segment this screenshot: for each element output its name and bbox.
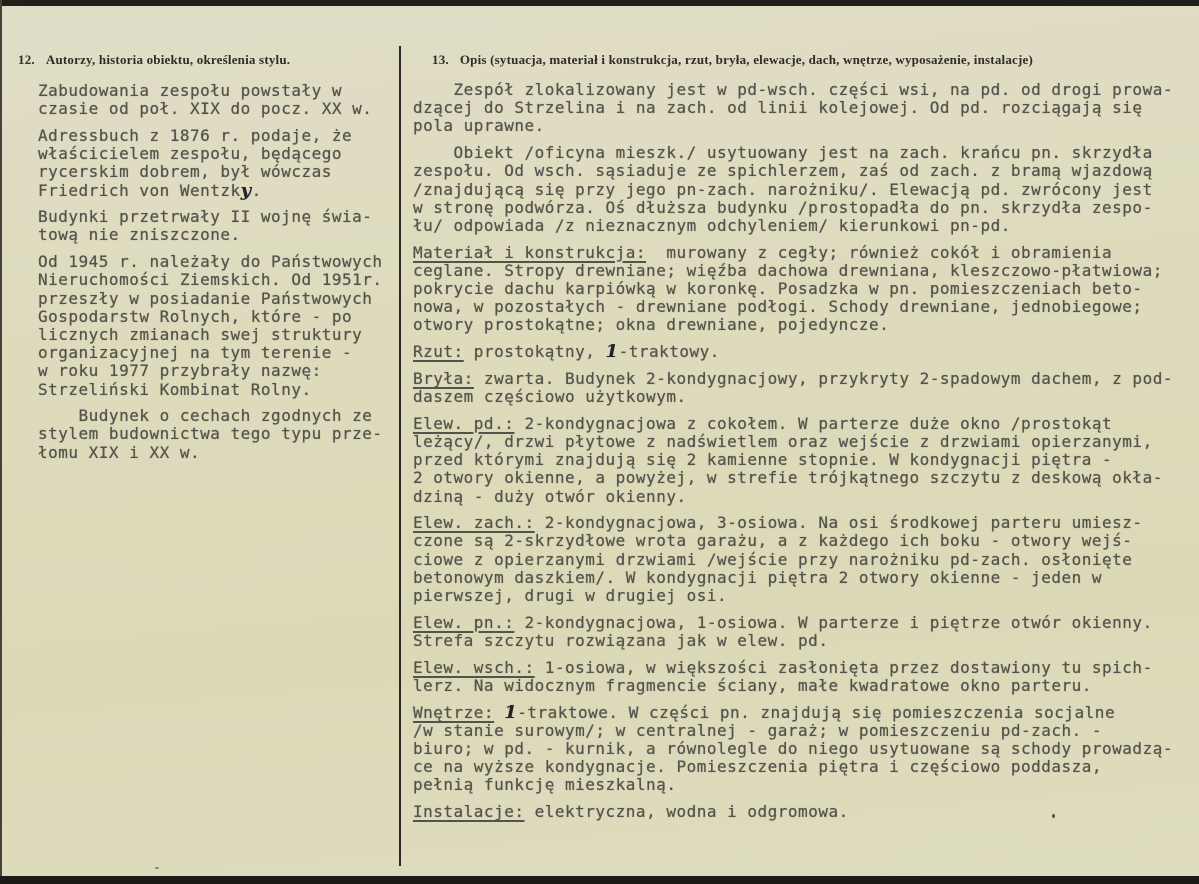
column-divider-line [399, 46, 401, 866]
paragraph-text: Od 1945 r. należały do Państwowych Nieru… [38, 252, 383, 398]
scan-border-left [0, 0, 2, 884]
paragraph-text: Obiekt /oficyna mieszk./ usytuowany jest… [413, 143, 1153, 235]
paragraph: Adressbuch z 1876 r. podaje, że właścici… [38, 127, 393, 200]
handwritten-correction: 1 [504, 702, 517, 723]
paragraph-text: Zabudowania zespołu powstały w czasie od… [38, 81, 372, 118]
paragraph-text: Budynki przetrwały II wojnę świa- tową n… [38, 207, 372, 244]
field-label-wnetrze: Wnętrze: [413, 703, 494, 722]
paragraph: Materiał i konstrukcja: murowany z cegły… [413, 244, 1199, 335]
paragraph-text: -traktowe. W części pn. znajdują się pom… [413, 703, 1173, 795]
paragraph: Elew. zach.: 2-kondygnacjowa, 3-osiowa. … [413, 514, 1199, 605]
field-label-elew-wsch: Elew. wsch.: [413, 658, 535, 677]
paragraph: Budynek o cechach zgodnych ze stylem bud… [38, 407, 393, 462]
section-13-title: Opis (sytuacja, materiał i konstrukcja, … [460, 52, 1033, 67]
field-label-instalacje: Instalacje: [413, 802, 524, 821]
paragraph-text: prostokątny, [464, 342, 606, 361]
scanned-document-page: 12.Autorzy, historia obiektu, określenia… [0, 0, 1199, 884]
paragraph: Elew. pd.: 2-kondygnacjowa z cokołem. W … [413, 415, 1199, 506]
field-label-elew-pd: Elew. pd.: [413, 414, 514, 433]
paragraph-text [494, 703, 504, 722]
paragraph-text: . [252, 181, 262, 200]
field-label-rzut: Rzut: [413, 342, 464, 361]
paragraph: Bryła: zwarta. Budynek 2-kondygnacjowy, … [413, 370, 1199, 406]
paragraph-text: 2-kondygnacjowa z cokołem. W parterze du… [413, 414, 1163, 506]
paragraph: Od 1945 r. należały do Państwowych Nieru… [38, 253, 393, 399]
section-13-number: 13. [432, 52, 449, 67]
paragraph: Zespół zlokalizowany jest w pd-wsch. czę… [413, 81, 1199, 136]
paper-speck [155, 867, 159, 869]
paragraph: Wnętrze: 1-traktowe. W części pn. znajdu… [413, 704, 1199, 795]
paragraph: Elew. pn.: 2-kondygnacjowa, 1-osiowa. W … [413, 614, 1199, 650]
section-12-body: Zabudowania zespołu powstały w czasie od… [38, 82, 393, 462]
field-label-elew-pn: Elew. pn.: [413, 613, 514, 632]
section-12-heading: 12.Autorzy, historia obiektu, określenia… [18, 52, 393, 68]
paragraph: Budynki przetrwały II wojnę świa- tową n… [38, 208, 393, 244]
paragraph: Zabudowania zespołu powstały w czasie od… [38, 82, 393, 118]
paper-speck [1052, 814, 1055, 818]
paragraph-text: 2-kondygnacjowa, 1-osiowa. W parterze i … [413, 613, 1153, 650]
section-13-body: Zespół zlokalizowany jest w pd-wsch. czę… [413, 81, 1199, 821]
paragraph-text: -traktowy. [619, 342, 720, 361]
field-label-elew-zach: Elew. zach.: [413, 513, 535, 532]
field-label-material-i-konstrukcja: Materiał i konstrukcja: [413, 243, 646, 262]
field-label-bryla: Bryła: [413, 369, 474, 388]
paragraph: Elew. wsch.: 1-osiowa, w większości zasł… [413, 659, 1199, 695]
section-12-title: Autorzy, historia obiektu, określenia st… [46, 52, 290, 67]
section-13-heading: 13.Opis (sytuacja, materiał i konstrukcj… [432, 52, 1199, 68]
scan-border-bottom [0, 876, 1199, 884]
paragraph: Instalacje: elektryczna, wodna i odgromo… [413, 803, 1199, 821]
paragraph-text: Adressbuch z 1876 r. podaje, że właścici… [38, 126, 352, 200]
section-12-number: 12. [18, 52, 35, 67]
paragraph: Rzut: prostokątny, 1-traktowy. [413, 343, 1199, 361]
scan-border-top [0, 0, 1199, 6]
paragraph: Obiekt /oficyna mieszk./ usytuowany jest… [413, 144, 1199, 235]
paragraph-text: Budynek o cechach zgodnych ze stylem bud… [38, 406, 383, 461]
handwritten-correction: y [241, 180, 252, 201]
handwritten-correction: 1 [606, 341, 619, 362]
paragraph-text: elektryczna, wodna i odgromowa. [524, 802, 848, 821]
column-section-12: 12.Autorzy, historia obiektu, określenia… [18, 52, 393, 470]
column-section-13: 13.Opis (sytuacja, materiał i konstrukcj… [413, 52, 1199, 830]
paragraph-text: zwarta. Budynek 2-kondygnacjowy, przykry… [413, 369, 1173, 406]
paragraph-text: Zespół zlokalizowany jest w pd-wsch. czę… [413, 80, 1173, 135]
